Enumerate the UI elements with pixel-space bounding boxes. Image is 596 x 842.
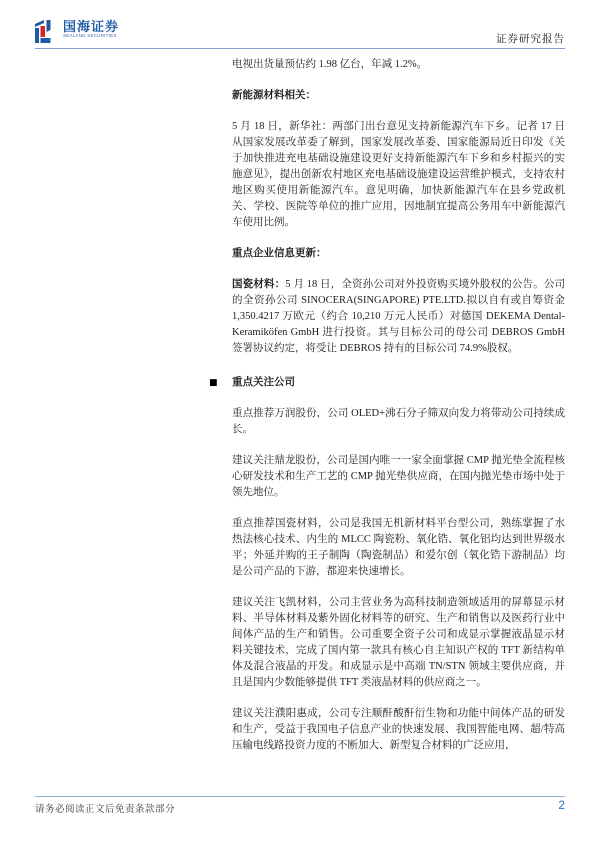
brand-subtitle: SEALAND SECURITIES [63,34,117,39]
report-type-label: 证券研究报告 [496,31,565,46]
brand-name: 国海证券 [63,20,138,34]
sealand-securities-logo-icon [35,20,59,43]
sinocera-lead-label: 国瓷材料： [232,279,285,290]
brand-text: 国海证券 SEALAND SECURITIES [63,20,138,41]
paragraph-puyang: 建议关注濮阳惠成，公司专注顺酐酸酐衍生物和功能中间体产品的研发和生产，受益于我国… [232,706,565,754]
paragraph-new-energy-policy: 5 月 18 日，新华社：两部门出台意见支持新能源汽车下乡。记者 17 日从国家… [232,119,565,231]
brand-logo: 国海证券 SEALAND SECURITIES [35,20,138,43]
paragraph-dinglong: 建议关注鼎龙股份，公司是国内唯一一家全面掌握 CMP 抛光垫全流程核心研发技术和… [232,453,565,501]
sinocera-body-text: 5 月 18 日，全资孙公司对外投资购买境外股权的公告。公司的全资孙公司 SIN… [232,279,565,354]
report-body: 电视出货量预估约 1.98 亿台，年减 1.2%。 新能源材料相关： 5 月 1… [232,57,565,769]
section-title-company-updates: 重点企业信息更新： [232,246,565,262]
bullet-section-key-companies: ■ 重点关注公司 [232,375,565,391]
paragraph-wanrun: 重点推荐万润股份，公司 OLED+沸石分子筛双向发力将带动公司持续成长。 [232,406,565,438]
footer-disclaimer: 请务必阅读正文后免责条款部分 [35,801,175,815]
section-title-new-energy: 新能源材料相关： [232,88,565,104]
page-number: 2 [558,798,565,812]
paragraph-guoci: 重点推荐国瓷材料，公司是我国无机新材料平台型公司，熟练掌握了水热法核心技术、内生… [232,516,565,580]
report-page: 国海证券 SEALAND SECURITIES 证券研究报告 电视出货量预估约 … [0,0,596,842]
bullet-section-title: 重点关注公司 [232,377,295,388]
footer-divider [35,796,565,797]
page-header: 国海证券 SEALAND SECURITIES 证券研究报告 [35,20,565,48]
paragraph-tv-shipments: 电视出货量预估约 1.98 亿台，年减 1.2%。 [232,57,565,73]
bullet-square-icon: ■ [209,375,218,391]
header-divider [35,48,565,49]
paragraph-sinocera-announcement: 国瓷材料：5 月 18 日，全资孙公司对外投资购买境外股权的公告。公司的全资孙公… [232,277,565,357]
paragraph-feikai: 建议关注飞凯材料，公司主营业务为高科技制造领域适用的屏幕显示材料、半导体材料及紫… [232,595,565,691]
